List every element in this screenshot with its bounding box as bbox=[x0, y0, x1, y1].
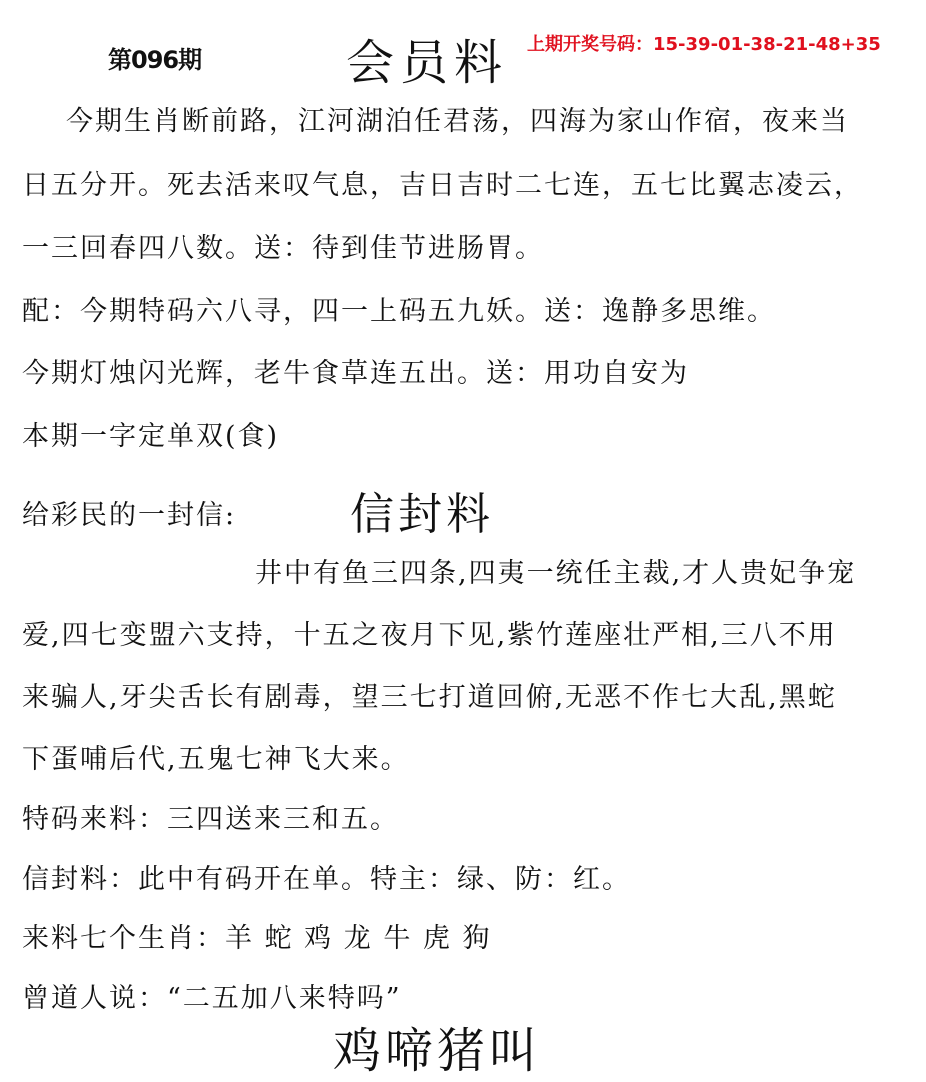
seven-zodiacs-note: 来料七个生肖：羊 蛇 鸡 龙 牛 虎 狗 bbox=[22, 916, 492, 955]
member-line-5: 今期灯烛闪光辉，老牛食草连五出。送：用功自安为 bbox=[22, 351, 689, 390]
last-draw-numbers: 15-39-01-38-21-48+35 bbox=[653, 34, 881, 55]
footer-title: 鸡啼猪叫 bbox=[333, 1012, 541, 1081]
letter-line-1: 井中有鱼三四条,四夷一统任主裁,才人贵妃争宠 bbox=[255, 551, 856, 590]
member-line-4: 配：今期特码六八寻，四一上码五九妖。送：逸静多思维。 bbox=[22, 289, 776, 328]
page-title: 会员料 bbox=[346, 24, 508, 93]
letter-line-3: 来骗人,牙尖舌长有剧毒，望三七打道回俯,无恶不作七大乱,黑蛇 bbox=[22, 675, 837, 714]
envelope-note: 信封料：此中有码开在单。特主：绿、防：红。 bbox=[22, 857, 631, 896]
last-draw-label: 上期开奖号码： bbox=[527, 34, 653, 55]
letter-line-4: 下蛋哺后代,五鬼七神飞大来。 bbox=[22, 737, 410, 776]
member-line-3: 一三回春四八数。送：待到佳节进肠胃。 bbox=[22, 226, 544, 265]
letter-line-2: 爱,四七变盟六支持，十五之夜月下见,紫竹莲座壮严相,三八不用 bbox=[22, 613, 837, 652]
taoist-saying: 曾道人说：“二五加八来特吗” bbox=[22, 976, 402, 1015]
letter-intro: 给彩民的一封信: bbox=[22, 493, 236, 532]
member-line-2: 日五分开。死去活来叹气息，吉日吉时二七连，五七比翼志凌云， bbox=[22, 163, 863, 202]
envelope-title: 信封料 bbox=[350, 478, 494, 542]
special-code-note: 特码来料：三四送来三和五。 bbox=[22, 797, 399, 836]
issue-number: 第096期 bbox=[108, 40, 201, 75]
member-line-1: 今期生肖断前路，江河湖泊任君荡，四海为家山作宿，夜来当 bbox=[66, 99, 849, 138]
member-line-6: 本期一字定单双(食) bbox=[22, 414, 279, 453]
last-draw-result: 上期开奖号码：15-39-01-38-21-48+35 bbox=[527, 30, 881, 56]
